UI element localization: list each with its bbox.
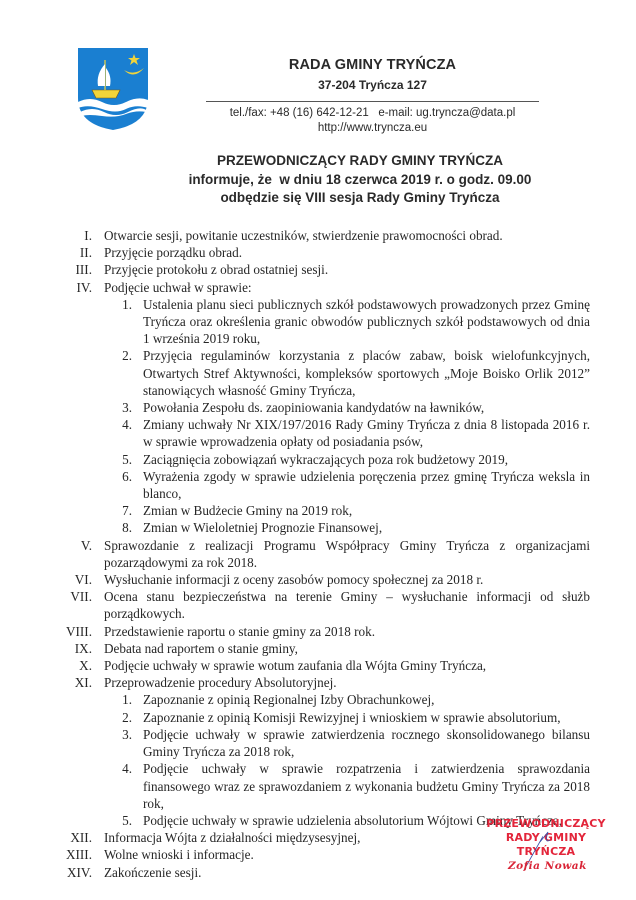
agenda-item-number: VI.: [50, 571, 104, 588]
agenda-subitem-number: 6.: [50, 468, 143, 502]
agenda-item-number: II.: [50, 244, 104, 261]
agenda-subitem-text: Zmian w Budżecie Gminy na 2019 rok,: [143, 502, 590, 519]
title-line-2: informuje, że w dniu 18 czerwca 2019 r. …: [140, 171, 580, 190]
agenda-subitem: 4.Podjęcie uchwały w sprawie rozpatrzeni…: [50, 760, 590, 812]
agenda-subitem-number: 5.: [50, 812, 143, 829]
agenda-item-number: X.: [50, 657, 104, 674]
agenda-subitem-text: Zmian w Wieloletniej Prognozie Finansowe…: [143, 519, 590, 536]
agenda-subitem-text: Zmiany uchwały Nr XIX/197/2016 Rady Gmin…: [143, 416, 590, 450]
agenda-subitem: 3.Podjęcie uchwały w sprawie zatwierdzen…: [50, 726, 590, 760]
organization-name: RADA GMINY TRYŃCZA: [200, 56, 545, 74]
agenda-subitem: 2.Zapoznanie z opinią Komisji Rewizyjnej…: [50, 709, 590, 726]
agenda-item-number: VII.: [50, 588, 104, 622]
contact-line: tel./fax: +48 (16) 642-12-21 e-mail: ug.…: [200, 106, 545, 121]
agenda-item-text: Podjęcie uchwał w sprawie:: [104, 279, 590, 296]
agenda-subitem-number: 1.: [50, 691, 143, 708]
agenda-item: V.Sprawozdanie z realizacji Programu Wsp…: [50, 537, 590, 571]
agenda-item: IV.Podjęcie uchwał w sprawie:: [50, 279, 590, 296]
agenda-item-number: XIII.: [50, 846, 104, 863]
agenda-subitem-text: Ustalenia planu sieci publicznych szkół …: [143, 296, 590, 348]
agenda-item: IX.Debata nad raportem o stanie gminy,: [50, 640, 590, 657]
agenda-item-number: XII.: [50, 829, 104, 846]
agenda-list: I.Otwarcie sesji, powitanie uczestników,…: [50, 227, 590, 881]
agenda-subitem: 7.Zmian w Budżecie Gminy na 2019 rok,: [50, 502, 590, 519]
agenda-subitem-text: Zapoznanie z opinią Regionalnej Izby Obr…: [143, 691, 590, 708]
agenda-item-text: Przyjęcie porządku obrad.: [104, 244, 590, 261]
agenda-subitem-number: 2.: [50, 347, 143, 399]
coat-of-arms-icon: [76, 46, 150, 132]
agenda-item-number: I.: [50, 227, 104, 244]
agenda-subitem-text: Zaciągnięcia zobowiązań wykraczających p…: [143, 451, 590, 468]
agenda-subitem-number: 4.: [50, 760, 143, 812]
agenda-subitem-text: Zapoznanie z opinią Komisji Rewizyjnej i…: [143, 709, 590, 726]
agenda-item: VII.Ocena stanu bezpieczeństwa na tereni…: [50, 588, 590, 622]
agenda-item-text: Sprawozdanie z realizacji Programu Współ…: [104, 537, 590, 571]
agenda-item-number: XIV.: [50, 864, 104, 881]
agenda-item: XI.Przeprowadzenie procedury Absolutoryj…: [50, 674, 590, 691]
organization-address: 37-204 Tryńcza 127: [200, 77, 545, 93]
agenda-subitem-text: Podjęcie uchwały w sprawie rozpatrzenia …: [143, 760, 590, 812]
website-link[interactable]: http://www.tryncza.eu: [200, 121, 545, 136]
agenda-item-text: Przedstawienie raportu o stanie gminy za…: [104, 623, 590, 640]
agenda-subitem-number: 3.: [50, 726, 143, 760]
agenda-item-text: Podjęcie uchwały w sprawie wotum zaufani…: [104, 657, 590, 674]
agenda-item: III.Przyjęcie protokołu z obrad ostatnie…: [50, 261, 590, 278]
agenda-item-number: V.: [50, 537, 104, 571]
agenda-subitem: 8.Zmian w Wieloletniej Prognozie Finanso…: [50, 519, 590, 536]
agenda-subitem-number: 4.: [50, 416, 143, 450]
signature-name: Zofia Nowak: [508, 860, 587, 872]
agenda-subitem: 6.Wyrażenia zgody w sprawie udzielenia p…: [50, 468, 590, 502]
agenda-item: II.Przyjęcie porządku obrad.: [50, 244, 590, 261]
agenda-item-number: IV.: [50, 279, 104, 296]
agenda-item: I.Otwarcie sesji, powitanie uczestników,…: [50, 227, 590, 244]
agenda-subitem-number: 2.: [50, 709, 143, 726]
letterhead: RADA GMINY TRYŃCZA 37-204 Tryńcza 127 te…: [200, 56, 545, 136]
agenda-subitem-text: Podjęcie uchwały w sprawie zatwierdzenia…: [143, 726, 590, 760]
agenda-item-text: Otwarcie sesji, powitanie uczestników, s…: [104, 227, 590, 244]
agenda-subitem-text: Przyjęcia regulaminów korzystania z plac…: [143, 347, 590, 399]
agenda-item-text: Wysłuchanie informacji z oceny zasobów p…: [104, 571, 590, 588]
agenda-item-text: Przyjęcie protokołu z obrad ostatniej se…: [104, 261, 590, 278]
title-line-3: odbędzie się VIII sesja Rady Gminy Tryńc…: [140, 189, 580, 208]
agenda-subitem: 5. Zaciągnięcia zobowiązań wykraczającyc…: [50, 451, 590, 468]
agenda-item-number: XI.: [50, 674, 104, 691]
agenda-subitem: 1.Zapoznanie z opinią Regionalnej Izby O…: [50, 691, 590, 708]
agenda-item-text: Debata nad raportem o stanie gminy,: [104, 640, 590, 657]
agenda-item-number: III.: [50, 261, 104, 278]
agenda-item-text: Ocena stanu bezpieczeństwa na terenie Gm…: [104, 588, 590, 622]
agenda-item-text: Przeprowadzenie procedury Absolutoryjnej…: [104, 674, 590, 691]
agenda-subitem: 2.Przyjęcia regulaminów korzystania z pl…: [50, 347, 590, 399]
agenda-subitem-number: 1.: [50, 296, 143, 348]
agenda-item: VIII.Przedstawienie raportu o stanie gmi…: [50, 623, 590, 640]
agenda-subitem-number: 5.: [50, 451, 143, 468]
agenda-subitem-number: 7.: [50, 502, 143, 519]
agenda-item: X.Podjęcie uchwały w sprawie wotum zaufa…: [50, 657, 590, 674]
agenda-subitem-text: Powołania Zespołu ds. zaopiniowania kand…: [143, 399, 590, 416]
agenda-subitem: 1.Ustalenia planu sieci publicznych szkó…: [50, 296, 590, 348]
agenda-item-number: IX.: [50, 640, 104, 657]
agenda-subitem-text: Wyrażenia zgody w sprawie udzielenia por…: [143, 468, 590, 502]
agenda-subitem: 4.Zmiany uchwały Nr XIX/197/2016 Rady Gm…: [50, 416, 590, 450]
header-divider: [206, 101, 539, 102]
announcement-title: PRZEWODNICZĄCY RADY GMINY TRYŃCZA inform…: [140, 152, 580, 208]
agenda-subitem-number: 8.: [50, 519, 143, 536]
agenda-subitem: 3.Powołania Zespołu ds. zaopiniowania ka…: [50, 399, 590, 416]
agenda-subitem-number: 3.: [50, 399, 143, 416]
title-line-1: PRZEWODNICZĄCY RADY GMINY TRYŃCZA: [140, 152, 580, 171]
agenda-item: VI.Wysłuchanie informacji z oceny zasobó…: [50, 571, 590, 588]
agenda-item-number: VIII.: [50, 623, 104, 640]
